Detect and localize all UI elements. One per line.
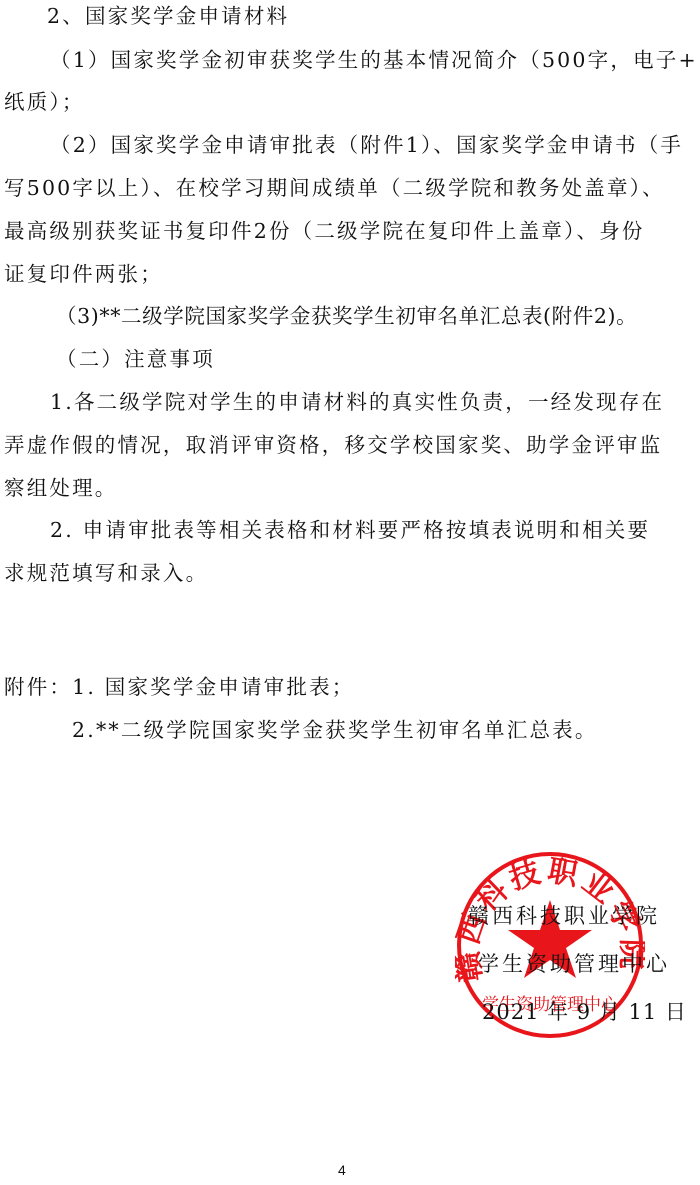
page-number: 4 [338,1162,346,1178]
paragraph-item-2-cont: 最高级别获奖证书复印件2份（二级学院在复印件上盖章）、身份 [4,217,645,245]
paragraph-note-2-cont: 求规范填写和录入。 [4,559,208,587]
signature-date: 2021 年 9 月 11 日 [482,998,687,1026]
attachment-1: 附件：1. 国家奖学金申请审批表； [4,673,354,701]
paragraph-item-3: （3)**二级学院国家奖学金获奖学生初审名单汇总表(附件2)。 [56,302,637,330]
paragraph-item-1-cont: 纸质）； [4,88,85,116]
paragraph-note-2: 2. 申请审批表等相关表格和材料要严格按填表说明和相关要 [50,516,650,544]
attachment-2: 2.**二级学院国家奖学金获奖学生初审名单汇总表。 [72,716,598,744]
paragraph-item-1: （1）国家奖学金初审获奖学生的基本情况简介（500字，电子+ [50,46,698,74]
signature-org: 赣西科技职业学院 [468,902,660,930]
paragraph-item-2-cont: 证复印件两张； [4,260,163,288]
paragraph-note-1: 1.各二级学院对学生的申请材料的真实性负责，一经发现存在 [50,388,664,416]
paragraph-note-1-cont: 弄虚作假的情况，取消评审资格，移交学校国家奖、助学金评审监 [4,431,662,459]
paragraph-note-1-cont: 察组处理。 [4,474,118,502]
heading-application-materials: 2、国家奖学金申请材料 [47,2,289,30]
heading-notes: （二）注意事项 [56,345,215,373]
signature-dept: 学生资助管理中心 [478,950,670,978]
paragraph-item-2-cont: 写500字以上）、在校学习期间成绩单（二级学院和教务处盖章）、 [4,174,665,202]
paragraph-item-2: （2）国家奖学金申请审批表（附件1）、国家奖学金申请书（手 [50,131,683,159]
